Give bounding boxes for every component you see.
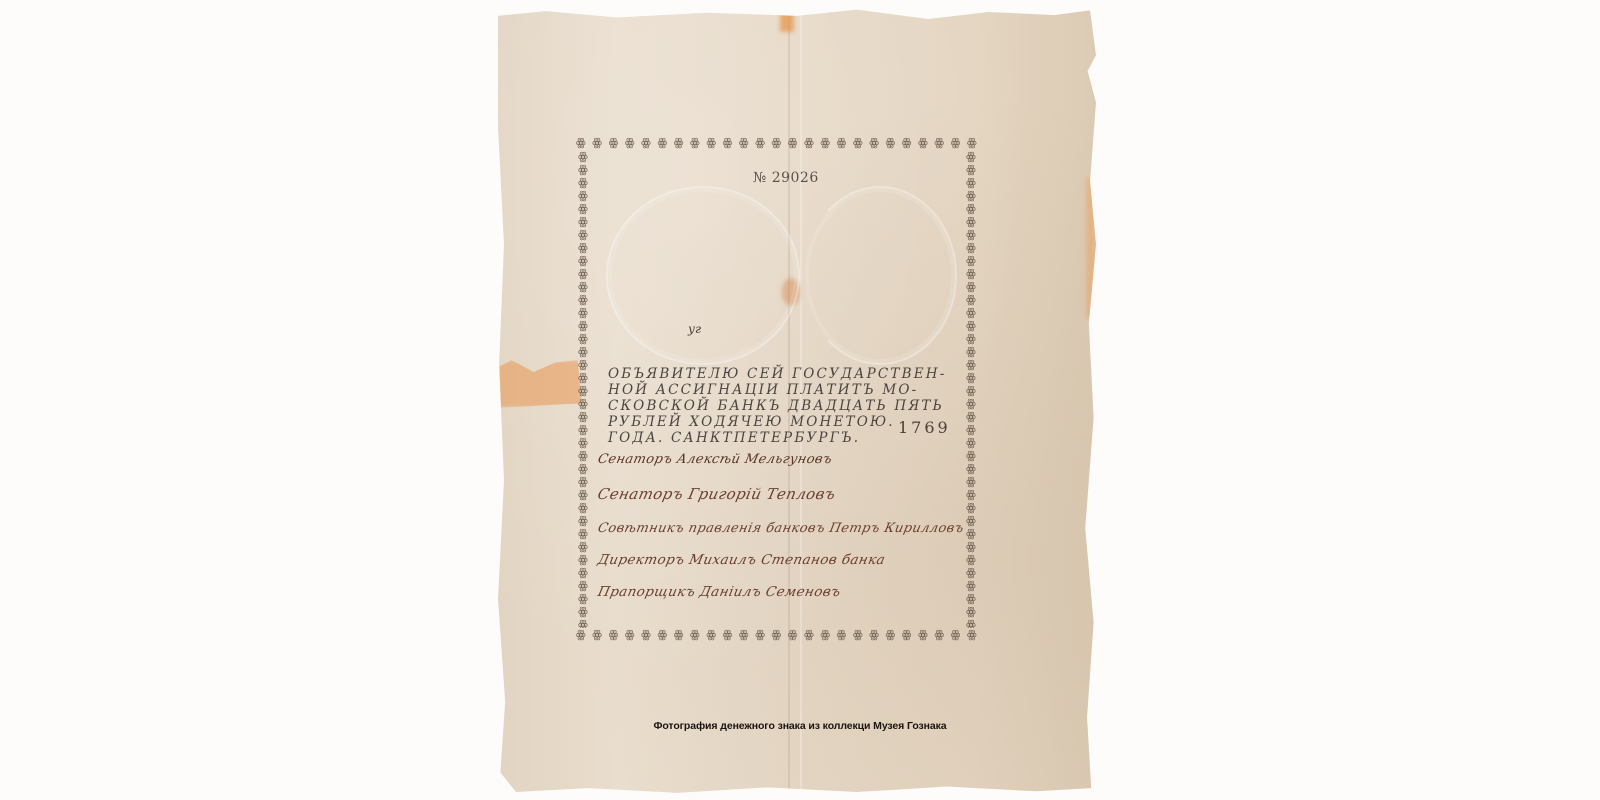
signature: Сенаторъ Алексѣй Мельгуновъ <box>596 452 959 467</box>
signature: Совѣтникъ правленія банковъ Петръ Кирилл… <box>596 521 959 536</box>
marginal-mark: уг <box>688 322 701 336</box>
border-top: ꙮ ꙮ ꙮ ꙮ ꙮ ꙮ ꙮ ꙮ ꙮ ꙮ ꙮ ꙮ ꙮ ꙮ ꙮ ꙮ ꙮ ꙮ ꙮ ꙮ … <box>576 136 978 150</box>
printed-line: Объявителю сей государствен- <box>608 366 958 382</box>
printed-line: ной ассигнаціи платитъ Мо- <box>608 382 958 398</box>
signature: Прапорщикъ Данiилъ Семеновъ <box>596 584 959 600</box>
signature: Директоръ Михаилъ Степанов банка <box>596 552 959 568</box>
printed-line: сковской банкъ двадцать пять <box>608 398 958 414</box>
issue-year: 1769 <box>898 418 951 437</box>
left-stain <box>494 360 582 408</box>
signatures-block: Сенаторъ Алексѣй Мельгуновъ Сенаторъ Гри… <box>598 448 958 600</box>
border-right: ꙮꙮꙮꙮꙮꙮꙮꙮꙮꙮꙮꙮꙮꙮꙮꙮꙮꙮꙮꙮꙮꙮꙮꙮꙮꙮꙮꙮꙮꙮꙮꙮꙮꙮꙮꙮꙮꙮꙮꙮ <box>964 150 978 628</box>
photo-caption: Фотография денежного знака из коллекци М… <box>0 720 1600 732</box>
image-stage: ꙮ ꙮ ꙮ ꙮ ꙮ ꙮ ꙮ ꙮ ꙮ ꙮ ꙮ ꙮ ꙮ ꙮ ꙮ ꙮ ꙮ ꙮ ꙮ ꙮ … <box>0 0 1600 800</box>
border-left: ꙮꙮꙮꙮꙮꙮꙮꙮꙮꙮꙮꙮꙮꙮꙮꙮꙮꙮꙮꙮꙮꙮꙮꙮꙮꙮꙮꙮꙮꙮꙮꙮꙮꙮꙮꙮꙮꙮꙮꙮ <box>576 150 590 628</box>
banknote-paper: ꙮ ꙮ ꙮ ꙮ ꙮ ꙮ ꙮ ꙮ ꙮ ꙮ ꙮ ꙮ ꙮ ꙮ ꙮ ꙮ ꙮ ꙮ ꙮ ꙮ … <box>498 8 1096 796</box>
serial-number: № 29026 <box>753 170 819 186</box>
right-edge-stain <box>1086 178 1096 318</box>
border-bottom: ꙮ ꙮ ꙮ ꙮ ꙮ ꙮ ꙮ ꙮ ꙮ ꙮ ꙮ ꙮ ꙮ ꙮ ꙮ ꙮ ꙮ ꙮ ꙮ ꙮ … <box>576 628 978 642</box>
signature: Сенаторъ Григорій Тепловъ <box>596 485 960 503</box>
top-stain <box>780 8 794 32</box>
